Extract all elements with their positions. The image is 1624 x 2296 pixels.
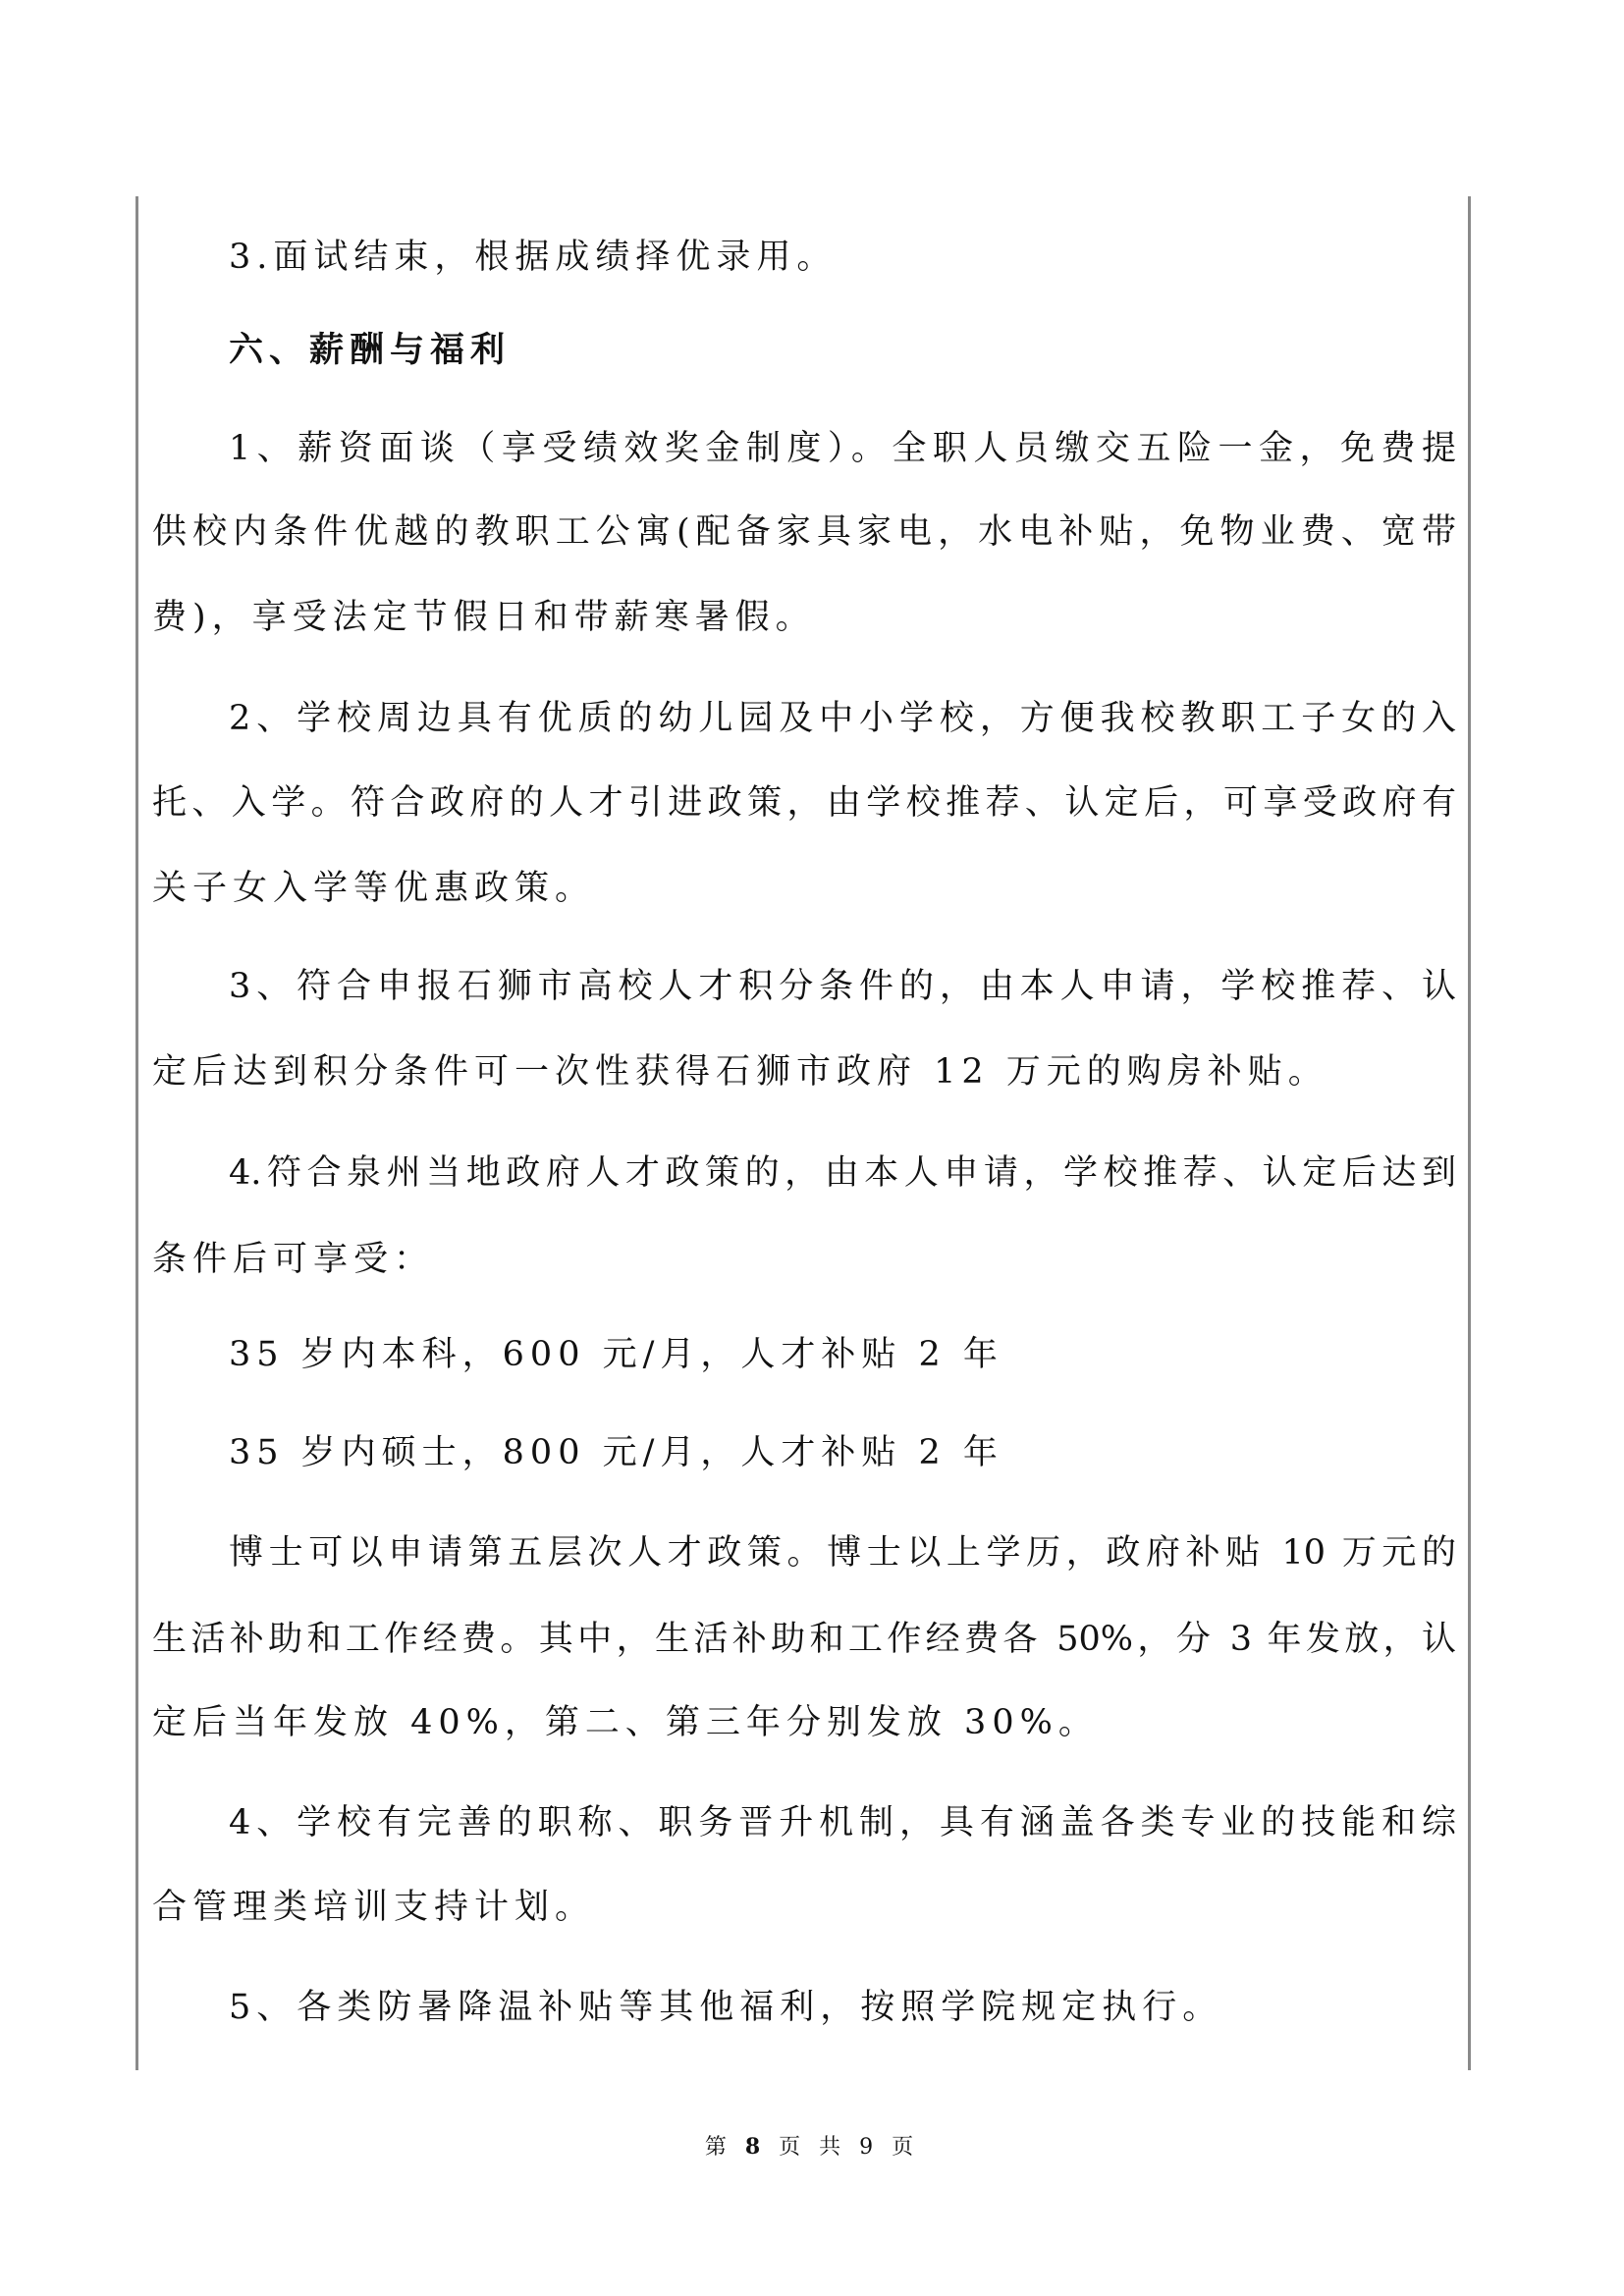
paragraph-line: 1、薪资面谈（享受绩效奖金制度）。全职人员缴交五险一金，免费提	[229, 427, 1456, 470]
paragraph-line: 生活补助和工作经费。其中，生活补助和工作经费各 50%，分 3 年发放，认	[152, 1618, 1456, 1661]
paragraph-line: 4.符合泉州当地政府人才政策的，由本人申请，学校推荐、认定后达到	[229, 1151, 1456, 1195]
footer-suffix: 页	[892, 2135, 919, 2160]
section-heading: 六、薪酬与福利	[229, 329, 511, 372]
table-border-right	[1468, 196, 1471, 2070]
paragraph-line: 2、学校周边具有优质的幼儿园及中小学校，方便我校教职工子女的入	[229, 697, 1456, 740]
paragraph-line: 合管理类培训支持计划。	[152, 1886, 595, 1929]
paragraph-line: 博士可以申请第五层次人才政策。博士以上学历，政府补贴 10 万元的	[229, 1531, 1456, 1575]
bachelor-subsidy-line: 35 岁内本科，600 元/月，人才补贴 2 年	[229, 1333, 1003, 1376]
footer-middle: 页 共	[779, 2135, 846, 2160]
paragraph-line: 托、入学。符合政府的人才引进政策，由学校推荐、认定后，可享受政府有	[152, 781, 1456, 825]
master-subsidy-line: 35 岁内硕士，800 元/月，人才补贴 2 年	[229, 1431, 1003, 1474]
total-pages-number: 9	[859, 2135, 879, 2160]
page-footer: 第 8 页 共 9 页	[0, 2134, 1624, 2161]
paragraph-line: 定后达到积分条件可一次性获得石狮市政府 12 万元的购房补贴。	[152, 1050, 1328, 1094]
paragraph-other-benefits: 5、各类防暑降温补贴等其他福利，按照学院规定执行。	[229, 1986, 1222, 2029]
current-page-number: 8	[745, 2134, 766, 2160]
paragraph-line: 定后当年发放 40%，第二、第三年分别发放 30%。	[152, 1701, 1099, 1744]
paragraph-line: 供校内条件优越的教职工公寓(配备家具家电，水电补贴，免物业费、宽带	[152, 510, 1456, 554]
paragraph-line: 4、学校有完善的职称、职务晋升机制，具有涵盖各类专业的技能和综	[229, 1801, 1456, 1844]
paragraph-line: 3、符合申报石狮市高校人才积分条件的，由本人申请，学校推荐、认	[229, 965, 1456, 1008]
footer-prefix: 第	[705, 2135, 732, 2160]
paragraph-line: 关子女入学等优惠政策。	[152, 867, 595, 910]
paragraph-line: 费)，享受法定节假日和带薪寒暑假。	[152, 596, 816, 639]
intro-line: 3.面试结束，根据成绩择优录用。	[229, 236, 837, 279]
paragraph-line: 条件后可享受：	[152, 1238, 434, 1281]
table-border-left	[135, 196, 138, 2070]
